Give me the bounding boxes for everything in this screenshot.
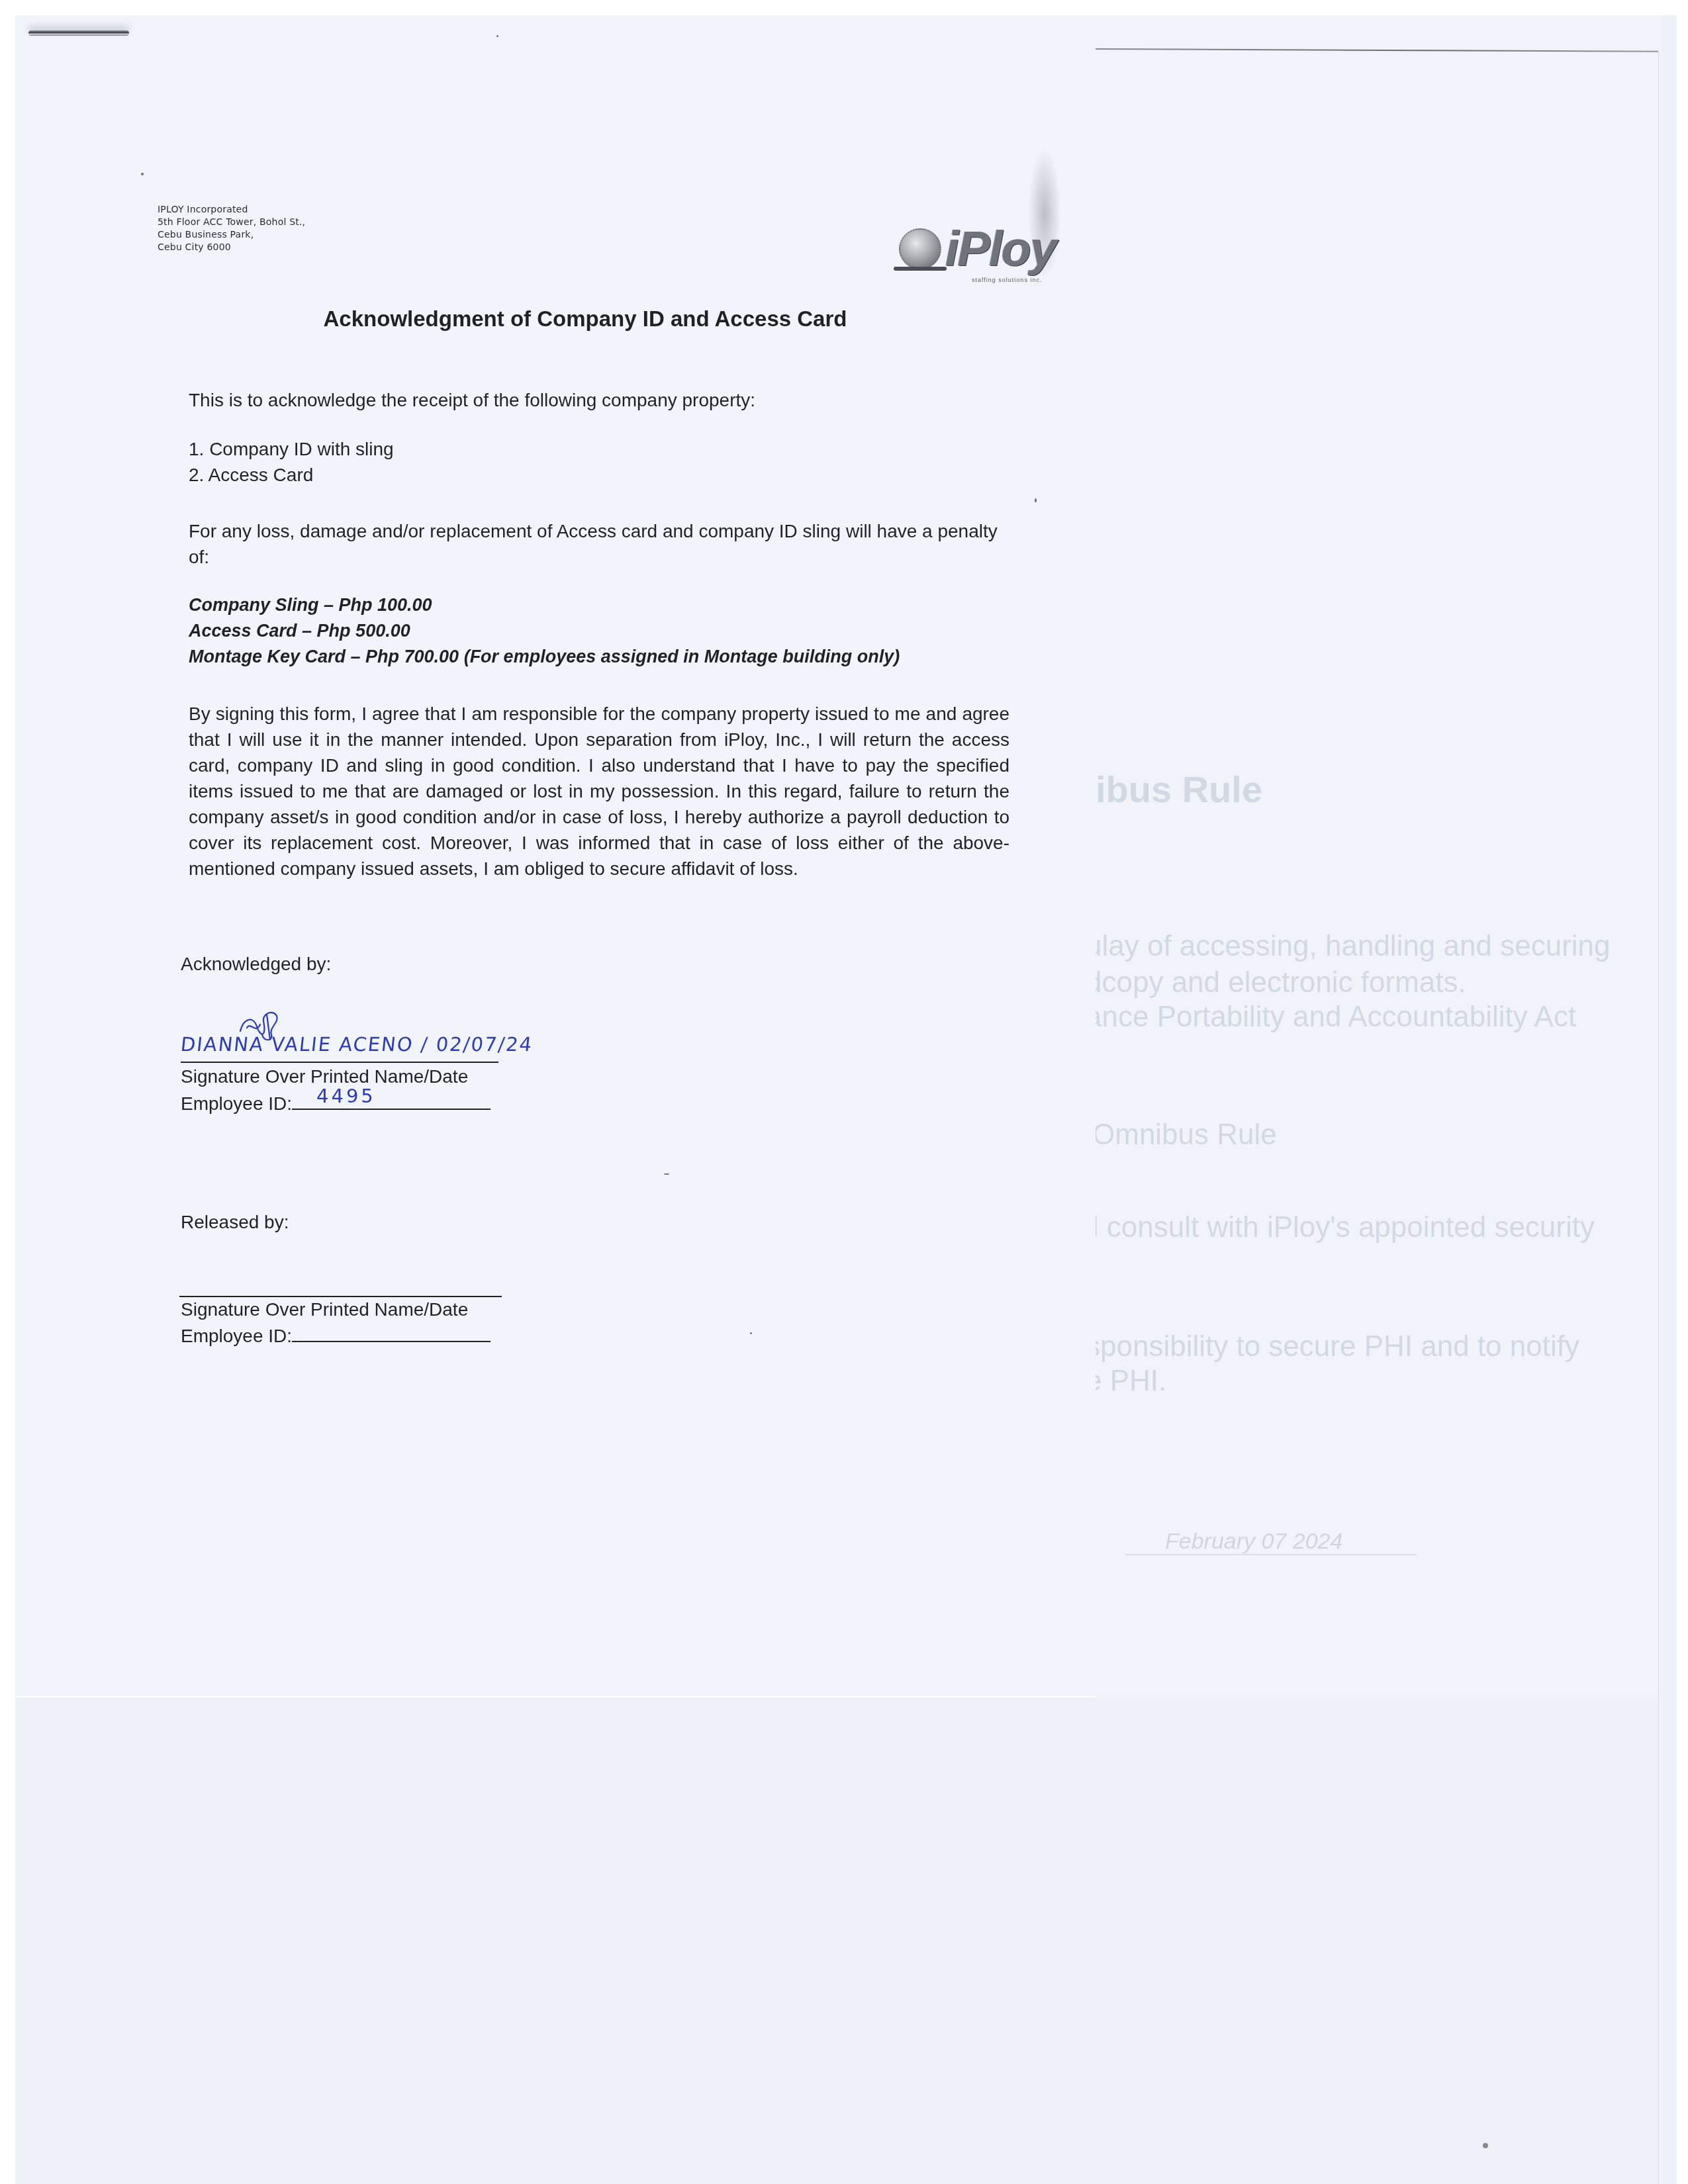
- logo-tagline: staffing solutions inc.: [972, 277, 1042, 283]
- letterhead-line: Cebu Business Park,: [158, 229, 305, 242]
- bleed-line: Omnibus Rule: [1092, 1118, 1277, 1152]
- signature-line: [179, 1296, 502, 1297]
- penalty-item: Access Card – Php 500.00: [189, 618, 1009, 644]
- employee-id-label: Employee ID:: [181, 1326, 292, 1346]
- penalty-item: Company Sling – Php 100.00: [189, 592, 1009, 618]
- scan-speck: [1483, 2143, 1488, 2148]
- bleed-heading: ibus Rule: [1096, 768, 1262, 811]
- employee-id-value: 4495: [316, 1085, 376, 1107]
- bleed-line: ance Portability and Accountability Act: [1086, 1001, 1576, 1034]
- back-sheet-right-edge: [1658, 52, 1659, 2184]
- property-list: 1. Company ID with sling 2. Access Card: [189, 436, 1009, 488]
- swoosh-icon: [894, 267, 947, 271]
- bleed-line: dcopy and electronic formats.: [1086, 966, 1466, 999]
- letterhead-line: 5th Floor ACC Tower, Bohol St.,: [158, 216, 305, 229]
- agreement-paragraph: By signing this form, I agree that I am …: [189, 701, 1009, 882]
- letterhead-address: IPLOY Incorporated 5th Floor ACC Tower, …: [158, 204, 305, 254]
- acknowledgment-form: IPLOY Incorporated 5th Floor ACC Tower, …: [15, 15, 1096, 1696]
- scan-speck: [496, 35, 498, 37]
- penalty-intro: For any loss, damage and/or replacement …: [189, 518, 1009, 570]
- employee-id-line: [292, 1324, 491, 1342]
- acknowledged-signature: DIANNA VALIE ACENO / 02/07/24: [181, 1008, 498, 1058]
- bleed-line: ulay of accessing, handling and securing: [1086, 930, 1611, 963]
- penalty-list: Company Sling – Php 100.00 Access Card –…: [189, 592, 1009, 670]
- front-page: IPLOY Incorporated 5th Floor ACC Tower, …: [15, 15, 1096, 1696]
- bleed-line: ll consult with iPloy's appointed securi…: [1086, 1211, 1595, 1244]
- handwritten-name-date: DIANNA VALIE ACENO / 02/07/24: [179, 1033, 534, 1056]
- staple-icon: [28, 30, 129, 36]
- released-by-label: Released by:: [181, 1212, 289, 1233]
- bleed-date-text: February 07 2024: [1165, 1529, 1342, 1555]
- globe-icon: [899, 228, 941, 269]
- employee-id-field: Employee ID:: [181, 1324, 491, 1347]
- bleed-handwritten-date: February 07 2024: [1125, 1529, 1417, 1555]
- lower-sheet: [15, 1698, 1658, 2184]
- company-logo: iPloy staffing solutions inc.: [879, 214, 1078, 290]
- bleed-line: e PHI.: [1086, 1365, 1166, 1398]
- scan-speck: [141, 173, 144, 175]
- letterhead-line: IPLOY Incorporated: [158, 204, 305, 216]
- intro-text: This is to acknowledge the receipt of th…: [189, 387, 1009, 413]
- signature-line: [181, 1062, 498, 1063]
- penalty-item: Montage Key Card – Php 700.00 (For emplo…: [189, 644, 1009, 670]
- property-item: 1. Company ID with sling: [189, 436, 1009, 462]
- property-item: 2. Access Card: [189, 462, 1009, 488]
- logo-wordmark: iPloy: [945, 220, 1056, 277]
- bleed-line: sponsibility to secure PHI and to notify: [1086, 1330, 1579, 1363]
- scan-speck: [664, 1173, 669, 1175]
- scan-speck: [1035, 498, 1037, 502]
- acknowledged-by-label: Acknowledged by:: [181, 954, 331, 975]
- signature-caption: Signature Over Printed Name/Date: [181, 1299, 468, 1320]
- document-title: Acknowledgment of Company ID and Access …: [15, 306, 1096, 332]
- employee-id-label: Employee ID:: [181, 1093, 292, 1114]
- letterhead-line: Cebu City 6000: [158, 242, 305, 254]
- scan-speck: [750, 1332, 752, 1334]
